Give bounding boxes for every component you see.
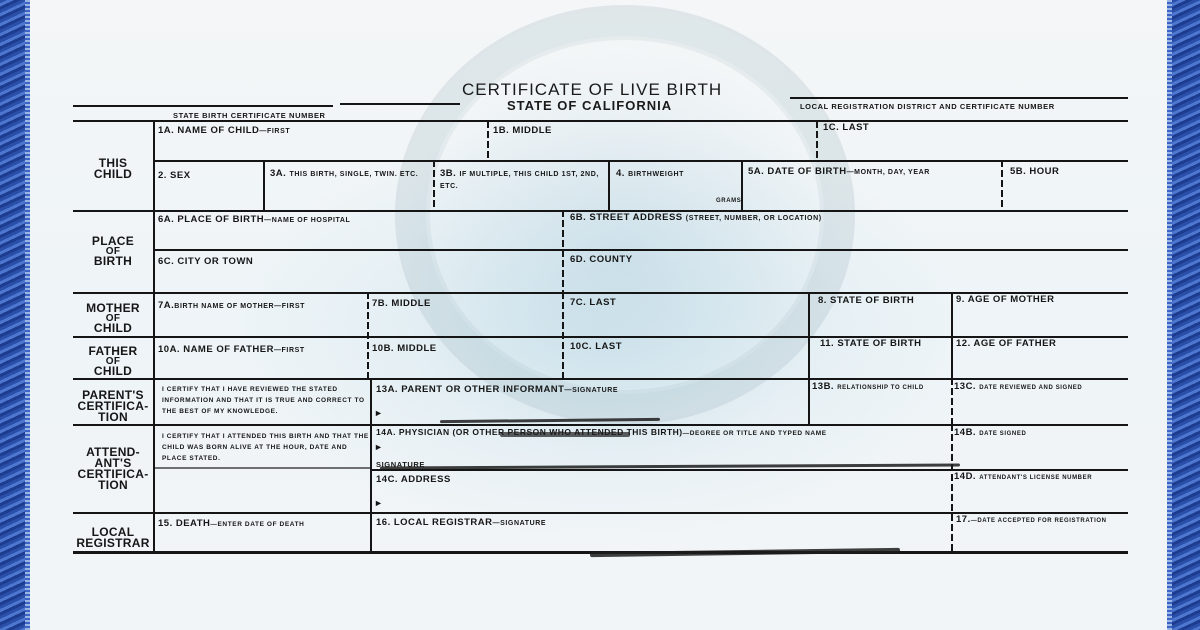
field-10a-father-first[interactable]: 10A. NAME OF FATHER—FIRST	[158, 344, 305, 355]
rule	[153, 160, 1128, 162]
field-3a-this-birth[interactable]: 3A. THIS BIRTH, SINGLE, TWIN. ETC.	[270, 168, 430, 180]
field-6d-county[interactable]: 6D. COUNTY	[570, 254, 633, 265]
field-13a-informant-signature[interactable]: 13A. PARENT OR OTHER INFORMANT—SIGNATURE	[376, 384, 618, 395]
divider	[433, 160, 435, 210]
section-place-of-birth: PLACE OF BIRTH	[73, 236, 153, 267]
divider	[1001, 160, 1003, 210]
field-8-mother-state-of-birth[interactable]: 8. STATE OF BIRTH	[818, 295, 914, 306]
field-13b-relationship[interactable]: 13B. RELATIONSHIP TO CHILD	[812, 381, 924, 392]
field-1b-middle[interactable]: 1B. MIDDLE	[493, 125, 552, 136]
field-12-age-of-father[interactable]: 12. AGE OF FATHER	[956, 338, 1056, 349]
section-attendants-certification: ATTEND- ANT'S CERTIFICA- TION	[73, 447, 153, 491]
parent-certification-statement: I CERTIFY THAT I HAVE REVIEWED THE STATE…	[162, 384, 372, 417]
divider	[808, 292, 810, 424]
field-10b-father-middle[interactable]: 10B. MIDDLE	[372, 343, 437, 354]
field-4-birthweight[interactable]: 4. BIRTHWEIGHT	[616, 168, 684, 179]
divider	[562, 292, 564, 378]
divider	[608, 160, 610, 210]
field-3b-if-multiple[interactable]: 3B. IF MULTIPLE, THIS CHILD 1ST, 2ND, ET…	[440, 168, 600, 192]
divider	[816, 121, 818, 160]
rule	[790, 97, 1128, 99]
field-16-local-registrar-signature[interactable]: 16. LOCAL REGISTRAR—SIGNATURE	[376, 517, 546, 528]
field-6b-street-address[interactable]: 6B. STREET ADDRESS (STREET, NUMBER, OR L…	[570, 212, 822, 223]
birthweight-unit: GRAMS	[716, 198, 741, 204]
divider	[367, 292, 369, 378]
field-6c-city-or-town[interactable]: 6C. CITY OR TOWN	[158, 256, 253, 267]
field-1c-last[interactable]: 1C. LAST	[823, 122, 869, 133]
field-10c-father-last[interactable]: 10C. LAST	[570, 341, 622, 352]
signature-arrow-icon: ►	[374, 442, 383, 452]
divider	[263, 160, 265, 210]
rule	[73, 120, 1128, 122]
section-this-child: THIS CHILD	[73, 158, 153, 180]
field-11-father-state-of-birth[interactable]: 11. STATE OF BIRTH	[820, 338, 922, 349]
field-7a-mother-first[interactable]: 7A.BIRTH NAME OF MOTHER—FIRST	[158, 300, 305, 311]
divider	[562, 210, 564, 292]
section-mother-of-child: MOTHER OF CHILD	[73, 303, 153, 334]
divider	[487, 121, 489, 160]
state-birth-certificate-number-label: STATE BIRTH CERTIFICATE NUMBER	[173, 111, 326, 120]
rule	[73, 378, 1128, 380]
certificate-title: CERTIFICATE OF LIVE BIRTH	[462, 80, 722, 100]
divider	[951, 378, 953, 424]
local-registration-label: LOCAL REGISTRATION DISTRICT AND CERTIFIC…	[800, 102, 1055, 111]
ink-smudge	[500, 432, 630, 437]
field-7b-mother-middle[interactable]: 7B. MIDDLE	[372, 298, 431, 309]
divider	[951, 292, 953, 378]
signature-arrow-icon: ►	[374, 408, 383, 418]
section-divider	[153, 120, 155, 553]
field-9-age-of-mother[interactable]: 9. AGE OF MOTHER	[956, 294, 1054, 305]
field-2-sex[interactable]: 2. SEX	[158, 170, 191, 181]
field-14b-date-signed[interactable]: 14B. DATE SIGNED	[954, 427, 1026, 438]
field-14d-license-number[interactable]: 14D. ATTENDANT'S LICENSE NUMBER	[954, 471, 1092, 482]
field-5b-hour[interactable]: 5B. HOUR	[1010, 166, 1059, 177]
rule	[153, 467, 370, 469]
signature-arrow-icon: ►	[374, 498, 383, 508]
field-7c-mother-last[interactable]: 7C. LAST	[570, 297, 616, 308]
decorative-border-left	[0, 0, 25, 630]
divider	[951, 424, 953, 552]
field-6a-place-of-birth[interactable]: 6A. PLACE OF BIRTH—NAME OF HOSPITAL	[158, 214, 350, 225]
section-father-of-child: FATHER OF CHILD	[73, 346, 153, 377]
section-local-registrar: LOCAL REGISTRAR	[73, 527, 153, 549]
field-13c-date-reviewed[interactable]: 13C. DATE REVIEWED AND SIGNED	[954, 381, 1082, 392]
attendant-certification-statement: I CERTIFY THAT I ATTENDED THIS BIRTH AND…	[162, 431, 372, 464]
rule	[153, 249, 1128, 251]
field-14c-address[interactable]: 14C. ADDRESS	[376, 474, 451, 485]
rule	[73, 424, 1128, 426]
field-17-date-accepted[interactable]: 17.—DATE ACCEPTED FOR REGISTRATION	[956, 514, 1107, 525]
decorative-border-right	[1172, 0, 1200, 630]
rule	[73, 105, 333, 107]
field-15-death[interactable]: 15. DEATH—ENTER DATE OF DEATH	[158, 518, 304, 529]
field-5a-date-of-birth[interactable]: 5A. DATE OF BIRTH—MONTH, DAY, YEAR	[748, 166, 930, 177]
section-parents-certification: PARENT'S CERTIFICA- TION	[73, 390, 153, 423]
field-1a-name-first[interactable]: 1A. NAME OF CHILD—FIRST	[158, 125, 290, 136]
rule	[340, 103, 460, 105]
certificate-subtitle: STATE OF CALIFORNIA	[507, 98, 672, 113]
